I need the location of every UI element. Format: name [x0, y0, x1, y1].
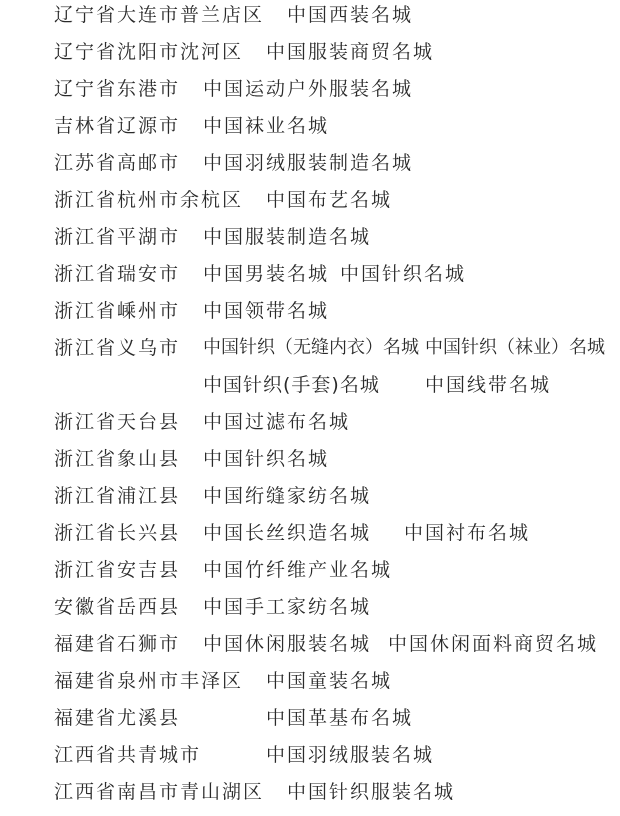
region-label: 浙江省象山县: [54, 444, 180, 474]
region-label: 浙江省义乌市: [54, 333, 180, 363]
region-label: 江西省共青城市: [54, 740, 201, 770]
title-label: 中国线带名城: [425, 370, 551, 400]
entry-row: 浙江省嵊州市 中国领带名城: [0, 296, 620, 326]
title-label: 中国休闲服装名城: [203, 629, 371, 659]
entry-row: 中国针织(手套)名城 中国线带名城: [0, 370, 620, 400]
region-label: 浙江省杭州市余杭区: [54, 185, 243, 215]
region-label: 江苏省高邮市: [54, 148, 180, 178]
entry-row: 福建省石狮市 中国休闲服装名城 中国休闲面料商贸名城: [0, 629, 620, 659]
title-label: 中国针织服装名城: [287, 777, 455, 807]
region-label: 浙江省浦江县: [54, 481, 180, 511]
region-label: 浙江省天台县: [54, 407, 180, 437]
entry-row: 辽宁省沈阳市沈河区 中国服装商贸名城: [0, 37, 620, 67]
entry-row: 浙江省浦江县 中国绗缝家纺名城: [0, 481, 620, 511]
entry-row: 安徽省岳西县 中国手工家纺名城: [0, 592, 620, 622]
region-label: 辽宁省沈阳市沈河区: [54, 37, 243, 67]
title-label: 中国竹纤维产业名城: [203, 555, 392, 585]
title-label: 中国针织(手套)名城: [203, 370, 380, 400]
title-label: 中国手工家纺名城: [203, 592, 371, 622]
region-label: 浙江省长兴县: [54, 518, 180, 548]
title-label: 中国童装名城: [266, 666, 392, 696]
title-label: 中国长丝织造名城: [203, 518, 371, 548]
title-label: 中国袜业名城: [203, 111, 329, 141]
entry-row: 江西省南昌市青山湖区 中国针织服装名城: [0, 777, 620, 807]
title-label: 中国男装名城: [203, 259, 329, 289]
entry-row: 浙江省瑞安市 中国男装名城 中国针织名城: [0, 259, 620, 289]
region-label: 吉林省辽源市: [54, 111, 180, 141]
entry-row: 浙江省安吉县 中国竹纤维产业名城: [0, 555, 620, 585]
entry-row: 浙江省长兴县 中国长丝织造名城 中国衬布名城: [0, 518, 620, 548]
region-label: 福建省泉州市丰泽区: [54, 666, 243, 696]
region-label: 福建省石狮市: [54, 629, 180, 659]
region-label: 浙江省安吉县: [54, 555, 180, 585]
region-label: 辽宁省东港市: [54, 74, 180, 104]
entry-row: 浙江省象山县 中国针织名城: [0, 444, 620, 474]
title-label: 中国西装名城: [287, 0, 413, 30]
entry-row: 浙江省杭州市余杭区 中国布艺名城: [0, 185, 620, 215]
entry-row: 江西省共青城市 中国羽绒服装名城: [0, 740, 620, 770]
region-label: 浙江省嵊州市: [54, 296, 180, 326]
title-label: 中国服装制造名城: [203, 222, 371, 252]
region-label: 辽宁省大连市普兰店区: [54, 0, 264, 30]
entry-row: 浙江省天台县 中国过滤布名城: [0, 407, 620, 437]
region-label: 福建省尤溪县: [54, 703, 180, 733]
title-label: 中国过滤布名城: [203, 407, 350, 437]
entry-row: 浙江省义乌市 中国针织（无缝内衣）名城 中国针织（袜业）名城: [0, 333, 620, 363]
region-label: 浙江省瑞安市: [54, 259, 180, 289]
title-label: 中国领带名城: [203, 296, 329, 326]
region-label: 安徽省岳西县: [54, 592, 180, 622]
title-label: 中国布艺名城: [266, 185, 392, 215]
title-label: 中国针织（无缝内衣）名城: [203, 333, 419, 363]
region-label: 浙江省平湖市: [54, 222, 180, 252]
entry-row: 江苏省高邮市 中国羽绒服装制造名城: [0, 148, 620, 178]
entry-row: 吉林省辽源市 中国袜业名城: [0, 111, 620, 141]
title-label: 中国革基布名城: [266, 703, 413, 733]
title-label: 中国针织名城: [340, 259, 466, 289]
entry-row: 辽宁省东港市 中国运动户外服装名城: [0, 74, 620, 104]
title-label: 中国针织（袜业）名城: [425, 333, 605, 363]
title-label: 中国羽绒服装名城: [266, 740, 434, 770]
title-label: 中国羽绒服装制造名城: [203, 148, 413, 178]
title-label: 中国服装商贸名城: [266, 37, 434, 67]
title-label: 中国衬布名城: [404, 518, 530, 548]
title-label: 中国绗缝家纺名城: [203, 481, 371, 511]
entry-row: 浙江省平湖市 中国服装制造名城: [0, 222, 620, 252]
entry-row: 辽宁省大连市普兰店区 中国西装名城: [0, 0, 620, 30]
title-label: 中国针织名城: [203, 444, 329, 474]
title-label: 中国休闲面料商贸名城: [388, 629, 598, 659]
entry-row: 福建省泉州市丰泽区 中国童装名城: [0, 666, 620, 696]
title-label: 中国运动户外服装名城: [203, 74, 413, 104]
entry-row: 福建省尤溪县 中国革基布名城: [0, 703, 620, 733]
region-label: 江西省南昌市青山湖区: [54, 777, 264, 807]
